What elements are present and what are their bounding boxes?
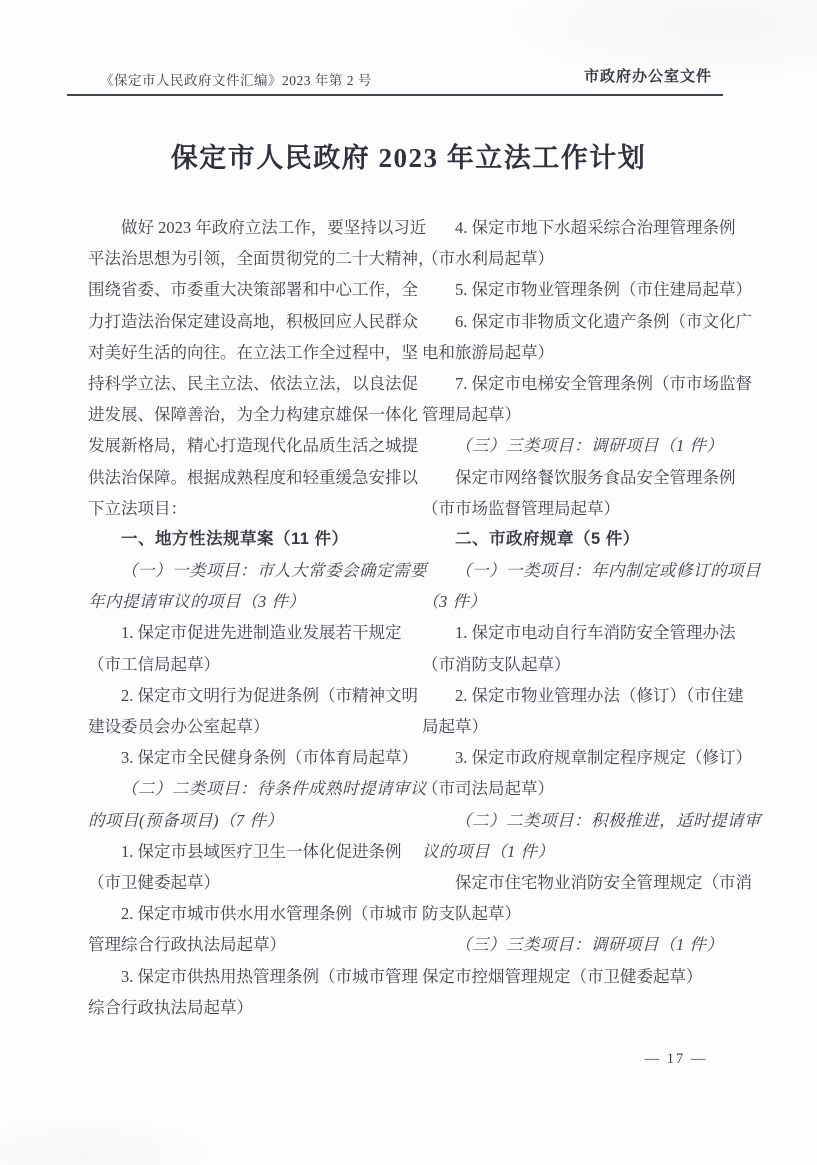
- text-line: 1. 保定市县域医疗卫生一体化促进条例: [88, 836, 418, 867]
- text-line: 4. 保定市地下水超采综合治理管理条例: [422, 212, 752, 243]
- text-line: 二、市政府规章（5 件）: [422, 524, 752, 555]
- text-line: 保定市控烟管理规定（市卫健委起草）: [422, 961, 752, 992]
- text-line: 持科学立法、民主立法、依法立法，以良法促: [88, 368, 418, 399]
- text-line: （一）一类项目：年内制定或修订的项目: [422, 555, 752, 586]
- text-line: 议的项目（1 件）: [422, 836, 752, 867]
- text-line: 3. 保定市政府规章制定程序规定（修订）: [422, 742, 752, 773]
- text-line: 1. 保定市电动自行车消防安全管理办法: [422, 617, 752, 648]
- text-line: 6. 保定市非物质文化遗产条例（市文化广: [422, 306, 752, 337]
- text-line: 防支队起草）: [422, 898, 752, 929]
- text-line: （三）三类项目：调研项目（1 件）: [422, 430, 752, 461]
- text-line: 围绕省委、市委重大决策部署和中心工作，全: [88, 274, 418, 305]
- text-line: 下立法项目：: [88, 493, 418, 524]
- page-title: 保定市人民政府 2023 年立法工作计划: [0, 139, 817, 177]
- right-column: 4. 保定市地下水超采综合治理管理条例（市水利局起草）5. 保定市物业管理条例（…: [422, 212, 752, 992]
- text-line: 一、地方性法规草案（11 件）: [88, 524, 418, 555]
- left-column: 做好 2023 年政府立法工作，要坚持以习近平法治思想为引领，全面贯彻党的二十大…: [88, 212, 418, 1023]
- header-rule: [67, 94, 723, 96]
- text-line: 建设委员会办公室起草）: [88, 711, 418, 742]
- text-line: （一）一类项目：市人大常委会确定需要: [88, 555, 418, 586]
- text-line: （市司法局起草）: [422, 773, 752, 804]
- text-line: 做好 2023 年政府立法工作，要坚持以习近: [88, 212, 418, 243]
- text-line: 保定市网络餐饮服务食品安全管理条例: [422, 462, 752, 493]
- text-line: 的项目(预备项目)（7 件）: [88, 805, 418, 836]
- text-line: 进发展、保障善治，为全力构建京雄保一体化: [88, 399, 418, 430]
- text-line: 电和旅游局起草）: [422, 337, 752, 368]
- header-office-label: 市政府办公室文件: [584, 65, 712, 86]
- text-line: （市消防支队起草）: [422, 649, 752, 680]
- text-line: 2. 保定市城市供水用水管理条例（市城市: [88, 898, 418, 929]
- text-line: （市卫健委起草）: [88, 867, 418, 898]
- document-page: 《保定市人民政府文件汇编》2023 年第 2 号 市政府办公室文件 保定市人民政…: [0, 0, 817, 1165]
- text-line: 对美好生活的向往。在立法工作全过程中，坚: [88, 337, 418, 368]
- page-number: — 17 —: [638, 1051, 714, 1068]
- text-line: 7. 保定市电梯安全管理条例（市市场监督: [422, 368, 752, 399]
- text-line: 1. 保定市促进先进制造业发展若干规定: [88, 617, 418, 648]
- text-line: 2. 保定市物业管理办法（修订）（市住建: [422, 680, 752, 711]
- text-line: 力打造法治保定建设高地，积极回应人民群众: [88, 306, 418, 337]
- text-line: （三）三类项目：调研项目（1 件）: [422, 929, 752, 960]
- text-line: 发展新格局，精心打造现代化品质生活之城提: [88, 430, 418, 461]
- text-line: 综合行政执法局起草）: [88, 992, 418, 1023]
- text-line: （3 件）: [422, 586, 752, 617]
- text-line: （二）二类项目：积极推进，适时提请审: [422, 805, 752, 836]
- text-line: 局起草）: [422, 711, 752, 742]
- text-line: 2. 保定市文明行为促进条例（市精神文明: [88, 680, 418, 711]
- header-compilation-label: 《保定市人民政府文件汇编》2023 年第 2 号: [100, 69, 372, 89]
- text-line: 管理综合行政执法局起草）: [88, 929, 418, 960]
- text-line: 供法治保障。根据成熟程度和轻重缓急安排以: [88, 462, 418, 493]
- text-line: 3. 保定市供热用热管理条例（市城市管理: [88, 961, 418, 992]
- text-line: （市工信局起草）: [88, 649, 418, 680]
- text-line: （二）二类项目：待条件成熟时提请审议: [88, 773, 418, 804]
- text-line: （市水利局起草）: [422, 243, 752, 274]
- text-line: 5. 保定市物业管理条例（市住建局起草）: [422, 274, 752, 305]
- text-line: 3. 保定市全民健身条例（市体育局起草）: [88, 742, 418, 773]
- text-line: 保定市住宅物业消防安全管理规定（市消: [422, 867, 752, 898]
- text-line: 平法治思想为引领，全面贯彻党的二十大精神，: [88, 243, 418, 274]
- text-line: 年内提请审议的项目（3 件）: [88, 586, 418, 617]
- text-line: 管理局起草）: [422, 399, 752, 430]
- text-line: （市市场监督管理局起草）: [422, 493, 752, 524]
